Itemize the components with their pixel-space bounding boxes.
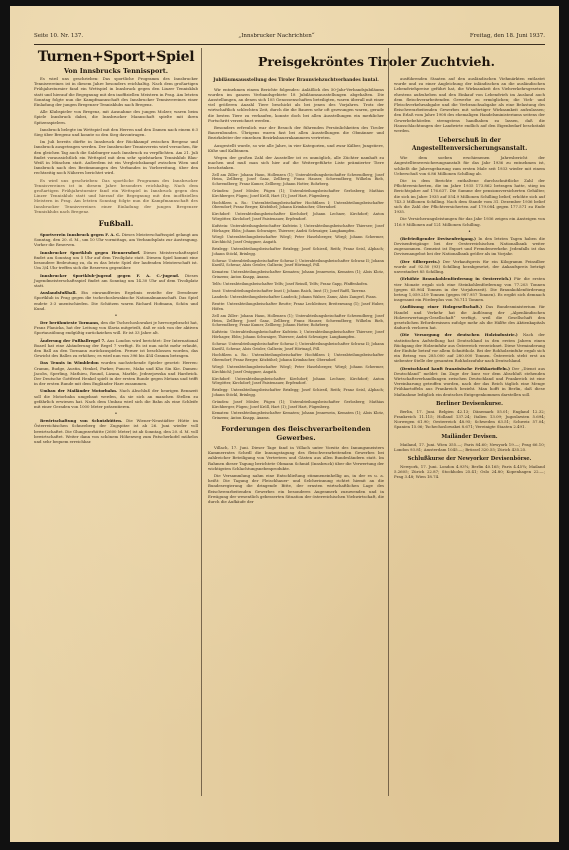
section-title-football: Fußball. bbox=[34, 218, 198, 230]
newyork-exchange-rates: Newyork, 17. Juni. London 4.93¾; Berlin … bbox=[394, 464, 545, 480]
economy-column: ausführenden Staaten auf den ausländisch… bbox=[394, 76, 545, 482]
news-item: Änderung der Fußballregel 7. Aus London … bbox=[34, 338, 198, 359]
news-item: Auslandsfußball. Ein einwandfreies Ergeb… bbox=[34, 290, 198, 311]
news-item-text: Der „Dienst aus Deutschland“ meldet: Im … bbox=[394, 366, 545, 397]
separator-star: • bbox=[34, 313, 198, 320]
article-paragraph: Villach, 17. Juni. Dieser Tage fand in V… bbox=[208, 445, 384, 471]
list-item: Zell am Ziller: Johann Haun, Hollenzen (… bbox=[208, 314, 384, 328]
news-item: Der berühmteste Tormann, den die Tschech… bbox=[34, 320, 198, 336]
list-item: Kematen: Unterabteilungsbeischafter Kema… bbox=[208, 411, 384, 421]
list-item: Schwaz: Unterabteilungsbeischafter Schwa… bbox=[208, 259, 384, 269]
list-item: Kufstein: Unterabteilungsbeischafter Kuf… bbox=[208, 330, 384, 340]
list-item: Kirchdorf: Unterabteilungsbeischafter Ki… bbox=[208, 212, 384, 222]
list-item: Landeck: Unterabteilungsbeischafter Land… bbox=[208, 295, 384, 300]
article-paragraph: Die Versicherungsleistungen für das Jahr… bbox=[394, 216, 545, 226]
article-paragraph: Es wird uns geschrieben: Das sportliche … bbox=[34, 178, 198, 214]
news-item: (Auflösung einer Holzgesellschaft.) Das … bbox=[394, 304, 545, 330]
article-paragraph: Die Versammlung nahm eine Entschließung … bbox=[208, 473, 384, 504]
news-item: Innsbrucker Sportklub-Jugend gegen F. A.… bbox=[34, 273, 198, 289]
main-headline: Preisgekröntes Tiroler Zuchtvieh. bbox=[208, 54, 545, 70]
prize-list: Zell am Ziller: Johann Haun, Hollenzen (… bbox=[208, 173, 384, 421]
list-item: Kirchdorf: Unterabteilungsbeischafter Ki… bbox=[208, 377, 384, 387]
article-kicker: Jubiläumsausstellung des Tiroler Braunvi… bbox=[208, 78, 384, 84]
news-item: Innsbrucker Sportklub gegen Hennersdorf.… bbox=[34, 250, 198, 271]
section-title-sport: Turnen+Sport+Spiel bbox=[34, 48, 198, 66]
news-item: (Deutschland kauft französische Frühkart… bbox=[394, 366, 545, 397]
news-item: Bewirtschaftung von Schutzhütten. Die Wi… bbox=[34, 418, 198, 444]
news-item: (Die Versorgung der deutschen Holzindust… bbox=[394, 332, 545, 363]
article-paragraph: Alle Klubspieler von Bregenz, mit Ausnah… bbox=[34, 109, 198, 125]
list-item: Hochfilzen a. Ro.: Unterabteilungsbeisch… bbox=[208, 353, 384, 363]
article-headline-insurance: Ueberschuß in der Angestelltenversicheru… bbox=[394, 137, 545, 153]
list-item: Schwaz: Unterabteilungsbeischafter Schwa… bbox=[208, 342, 384, 352]
list-item: Telfs: Unterabteilungsbeischafter Telfs;… bbox=[208, 282, 384, 287]
news-item: (Befriedigender Devisenfreigang.) In den… bbox=[394, 236, 545, 257]
article-paragraph: Besonders erfreulich war der Besuch der … bbox=[208, 125, 384, 141]
article-paragraph: Wegen der großen Zahl der Aussteller ist… bbox=[208, 155, 384, 171]
article-paragraph: Im Juli bereits dürfte in Innsbruck der … bbox=[34, 139, 198, 175]
list-item: Reutte: Unterabteilungsbeischafter Reutt… bbox=[208, 302, 384, 312]
sport-column: Turnen+Sport+Spiel Von Innsbrucks Tennis… bbox=[34, 48, 198, 446]
column-divider bbox=[388, 48, 389, 796]
list-item: Brixlegg: Unterabteilungsbeischafter Bri… bbox=[208, 388, 384, 398]
livestock-column: Jubiläumsausstellung des Tiroler Braunvi… bbox=[208, 76, 384, 506]
issue-date: Freitag, den 18. Juni 1937. bbox=[470, 33, 545, 39]
news-item: (Der Silberpreis.) Der Verkaufspreis für… bbox=[394, 259, 545, 275]
news-item: Umbau der Mailänder Motorbahn. Nach Absc… bbox=[34, 388, 198, 409]
berlin-exchange-title: Berliner Devisenkurse. bbox=[394, 400, 545, 408]
newspaper-name: „Innsbrucker Nachrichten“ bbox=[238, 33, 314, 39]
article-headline-tennis: Von Innsbrucks Tennissport. bbox=[34, 66, 198, 76]
news-item: Sportverein Innsbruck gegen F. A. C. Die… bbox=[34, 232, 198, 248]
article-paragraph: Wie dem soeben erschienenen Jahresberich… bbox=[394, 155, 545, 176]
separator-star: • bbox=[394, 229, 545, 236]
masthead: Seite 10. Nr. 137. „Innsbrucker Nachrich… bbox=[34, 30, 545, 45]
list-item: Kematen: Unterabteilungsbeischafter Kema… bbox=[208, 270, 384, 280]
article-paragraph: Die in dem Berichte enthaltene durchschn… bbox=[394, 178, 545, 214]
news-item: Das Tennis in Wimbledon wurden nachstehe… bbox=[34, 360, 198, 386]
article-paragraph: Es wird uns geschrieben: Das sportliche … bbox=[34, 76, 198, 107]
newyork-exchange-title: Schlußkurse der Newyorker Devisenbörse. bbox=[394, 455, 545, 463]
list-item: Kufstein: Unterabteilungsbeischafter Kuf… bbox=[208, 224, 384, 234]
article-headline-meat-trade: Forderungen des fleischverarbeitenden Ge… bbox=[208, 425, 384, 443]
milan-exchange-title: Mailänder Devisen. bbox=[394, 433, 545, 441]
list-item: Gründen: Josef Mösler, Fügen (1); Untera… bbox=[208, 400, 384, 410]
news-item-text: Nach der statistischen Aufstellung hat D… bbox=[394, 332, 545, 363]
newspaper-page: Seite 10. Nr. 137. „Innsbrucker Nachrich… bbox=[10, 6, 559, 842]
milan-exchange-rates: Mailand, 17. Juni. Wien 355.—; Paris 84.… bbox=[394, 442, 545, 452]
article-paragraph: Ausgestellt wurde, so wie alle Jahre, in… bbox=[208, 143, 384, 153]
list-item: Imst: Unterabteilungsbeischafter Imst I;… bbox=[208, 289, 384, 294]
article-paragraph: Wir entnehmen einem Berichte folgendes: … bbox=[208, 87, 384, 123]
list-item: Gründen: Josef Mösler, Fügen (1); Untera… bbox=[208, 189, 384, 199]
list-item: Wörgl: Unterabteilungsbeischafter Wörgl;… bbox=[208, 365, 384, 375]
list-item: Brixlegg: Unterabteilungsbeischafter Bri… bbox=[208, 247, 384, 257]
list-item: Hochfilzen a. Ro.: Unterabteilungsbeisch… bbox=[208, 201, 384, 211]
berlin-exchange-rates: Berlin, 17. Juni. Belgien 42.13; Dänemar… bbox=[394, 409, 545, 430]
article-paragraph: ausführenden Staaten auf den ausländisch… bbox=[394, 76, 545, 133]
news-item: (Erhöhte Braunkohlenförderung in Oesterr… bbox=[394, 276, 545, 302]
separator-star: • bbox=[34, 411, 198, 418]
list-item: Zell am Ziller: Johann Haun, Hollenzen (… bbox=[208, 173, 384, 187]
list-item: Wörgl: Unterabteilungsbeischafter Wörgl;… bbox=[208, 235, 384, 245]
article-paragraph: Innsbruck belegte im Wettspiel mit den H… bbox=[34, 127, 198, 137]
column-divider bbox=[201, 48, 202, 796]
page-number: Seite 10. Nr. 137. bbox=[34, 33, 83, 39]
